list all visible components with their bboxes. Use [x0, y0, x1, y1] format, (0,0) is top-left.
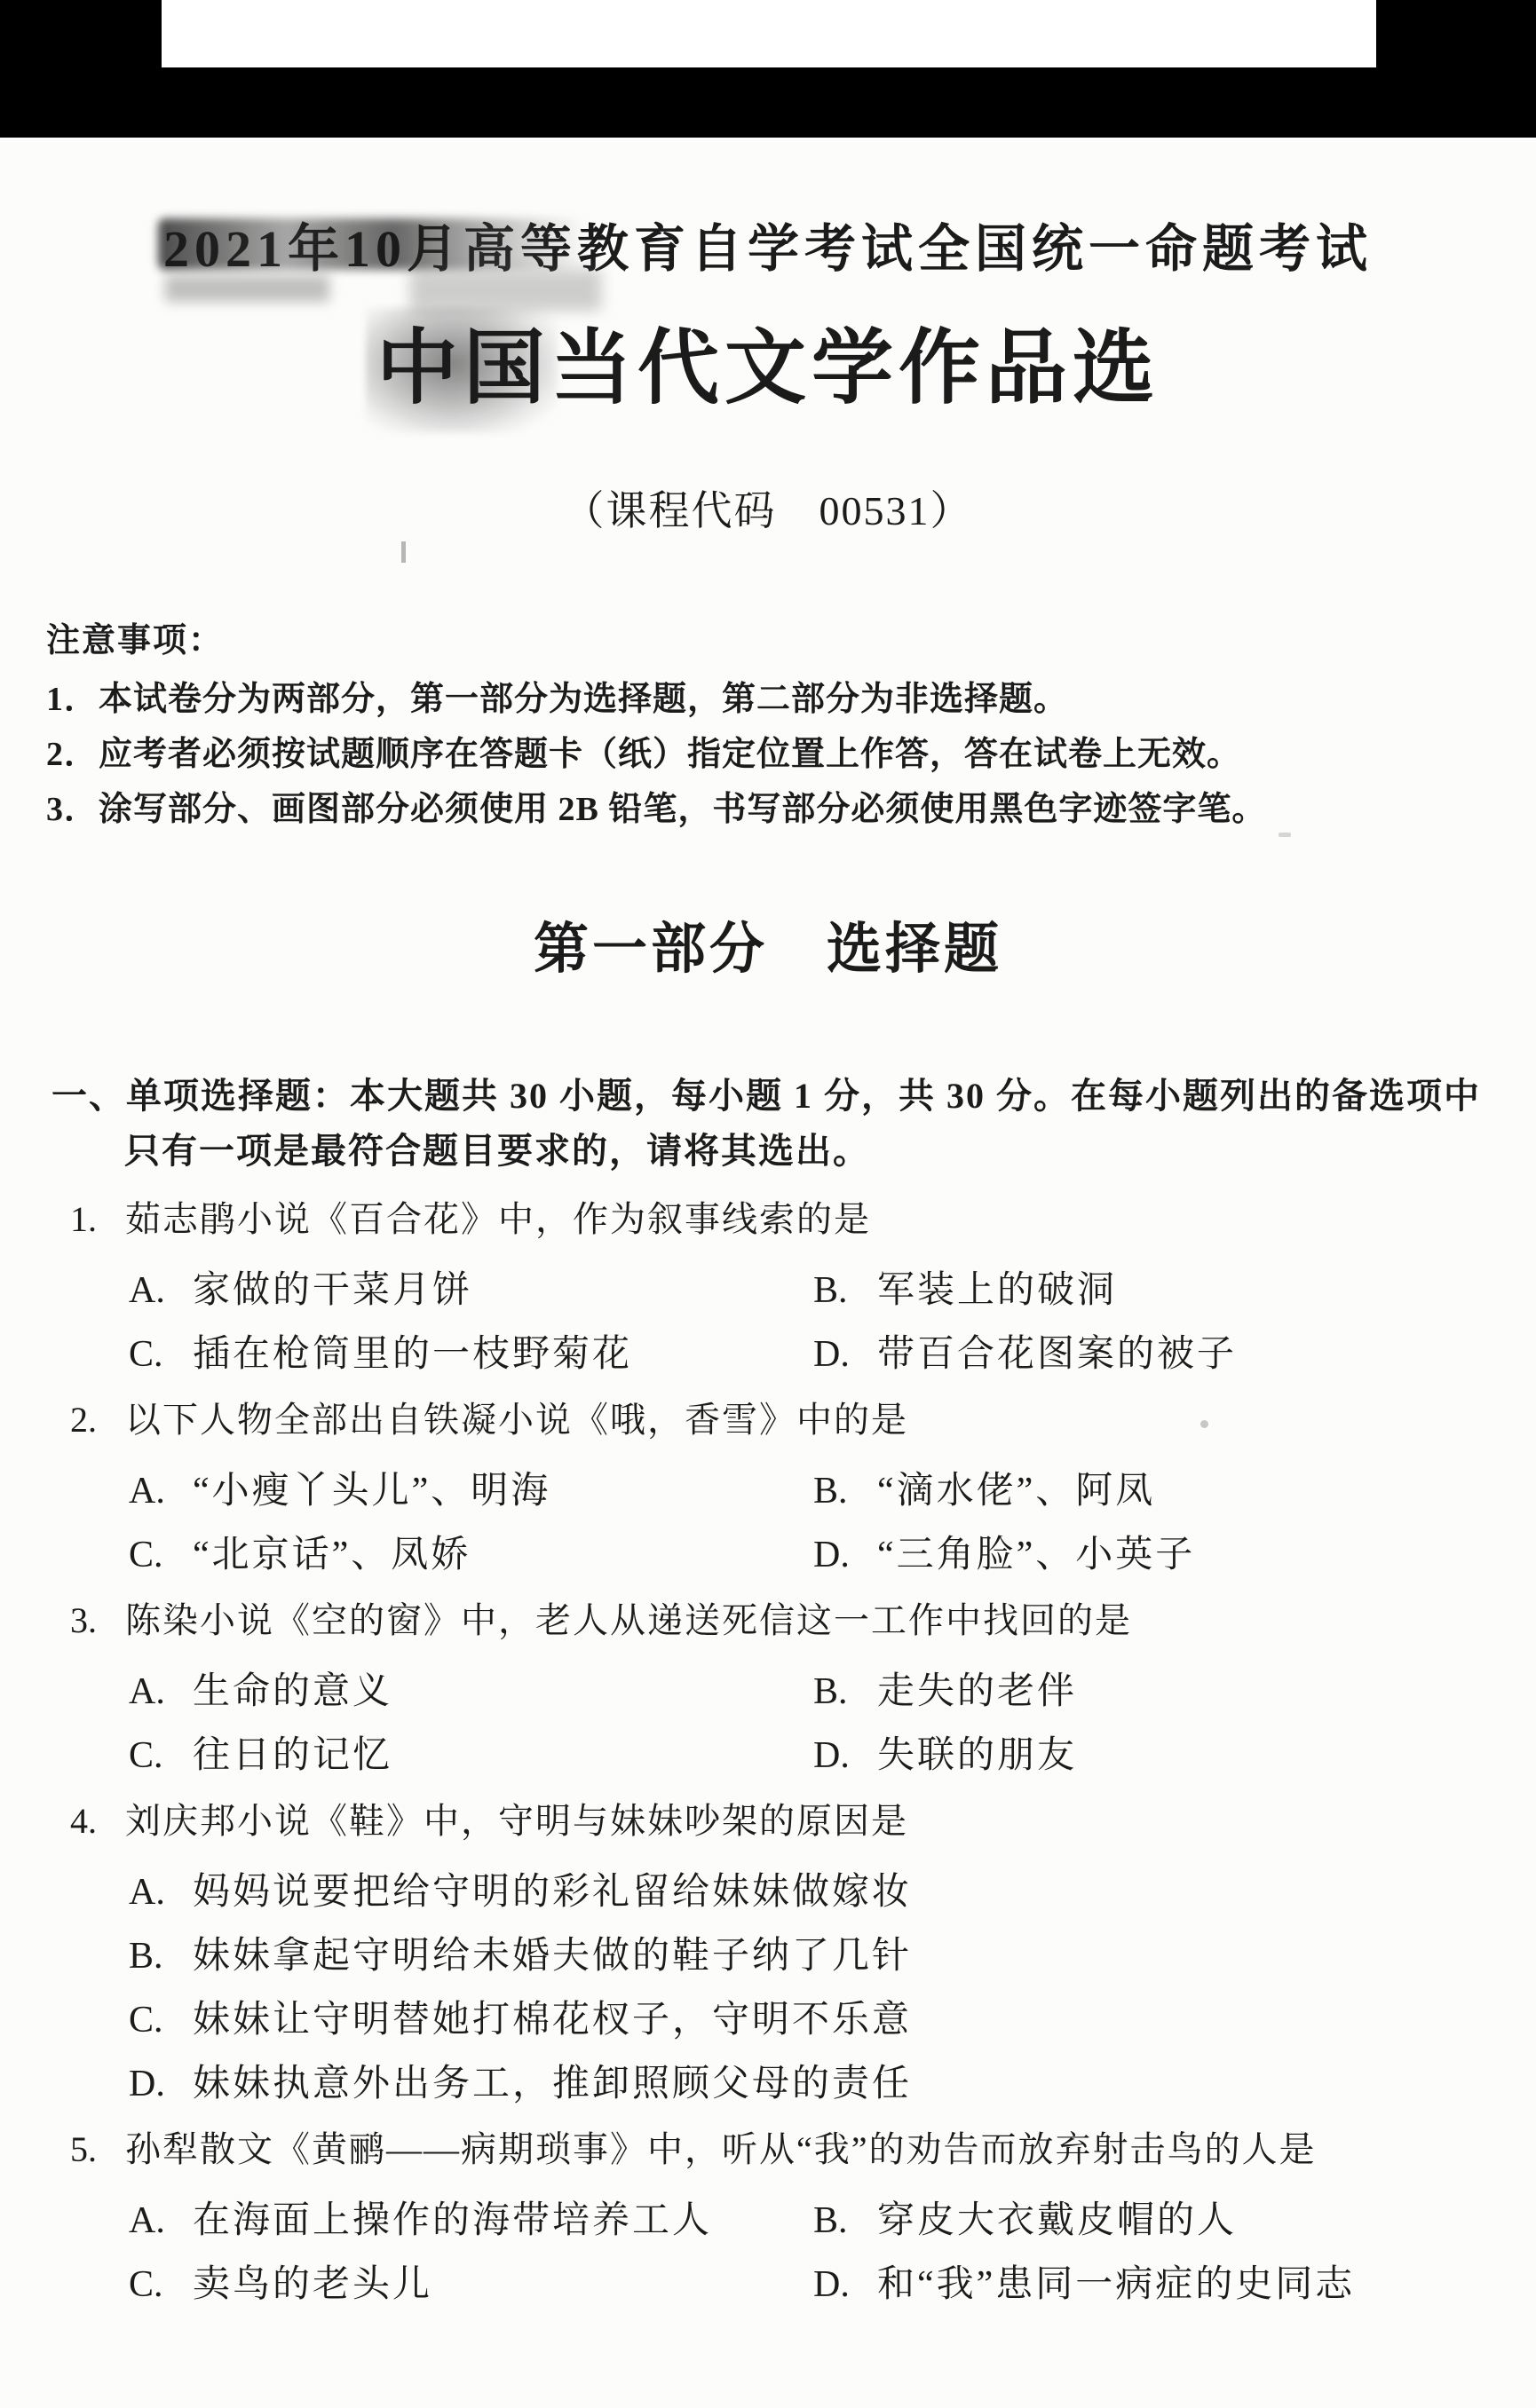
option-label: D.	[813, 1534, 877, 1576]
scan-ghost-mark-left	[165, 275, 329, 302]
option-text: 生命的意义	[193, 1670, 392, 1713]
question-3: 3.陈染小说《空的窗》中，老人从递送死信这一工作中找回的是A.生命的意义B.走失…	[41, 1599, 1536, 1777]
option-A: A.家做的干菜月饼	[129, 1269, 813, 1312]
question-stem: 孙犁散文《黄鹂——病期琐事》中，听从“我”的劝告而放弃射击鸟的人是	[125, 2128, 1317, 2171]
question-5: 5.孙犁散文《黄鹂——病期琐事》中，听从“我”的劝告而放弃射击鸟的人是A.在海面…	[41, 2128, 1536, 2306]
section-intro: 一、单项选择题：本大题共 30 小题，每小题 1 分，共 30 分。在每小题列出…	[51, 1076, 1536, 1172]
section-intro-line1: 一、单项选择题：本大题共 30 小题，每小题 1 分，共 30 分。在每小题列出…	[51, 1076, 1536, 1117]
option-label: B.	[813, 2199, 877, 2242]
option-label: D.	[129, 2063, 193, 2105]
option-text: 妹妹拿起守明给未婚夫做的鞋子纳了几针	[193, 1935, 912, 1978]
option-row: A.妈妈说要把给守明的彩礼留给妹妹做嫁妆	[41, 1871, 1536, 1914]
option-B: B.军装上的破洞	[813, 1269, 1536, 1312]
question-number: 2.	[70, 1399, 125, 1441]
option-row: A.家做的干菜月饼B.军装上的破洞	[41, 1269, 1536, 1312]
option-A: A.妈妈说要把给守明的彩礼留给妹妹做嫁妆	[129, 1871, 1536, 1914]
option-D: D.“三角脸”、小英子	[813, 1534, 1536, 1576]
option-label: A.	[129, 1470, 193, 1512]
option-row: C.妹妹让守明替她打棉花杈子，守明不乐意	[41, 1999, 1536, 2041]
option-text: 家做的干菜月饼	[193, 1269, 472, 1312]
option-text: 往日的记忆	[193, 1734, 392, 1777]
notice-heading: 注意事项：	[46, 621, 1536, 660]
page-title: 中国当代文学作品选	[0, 321, 1536, 415]
option-text: 妈妈说要把给守明的彩礼留给妹妹做嫁妆	[193, 1871, 912, 1914]
exam-paper-page: 2021年10月高等教育自学考试全国统一命题考试 中国当代文学作品选 （课程代码…	[0, 0, 1536, 2408]
question-number: 4.	[70, 1800, 125, 1843]
question-1: 1.茹志鹃小说《百合花》中，作为叙事线索的是A.家做的干菜月饼B.军装上的破洞C…	[41, 1198, 1536, 1376]
option-text: “滴水佬”、阿凤	[877, 1470, 1155, 1512]
option-row: C.往日的记忆D.失联的朋友	[41, 1734, 1536, 1777]
option-row: C.插在枪筒里的一枝野菊花D.带百合花图案的被子	[41, 1333, 1536, 1376]
option-B: B.“滴水佬”、阿凤	[813, 1470, 1536, 1512]
option-text: 妹妹执意外出务工，推卸照顾父母的责任	[193, 2063, 912, 2105]
notice-section: 注意事项： 1．本试卷分为两部分，第一部分为选择题，第二部分为非选择题。2．应考…	[46, 621, 1536, 829]
question-stem-row: 2.以下人物全部出自铁凝小说《哦，香雪》中的是	[41, 1399, 1536, 1441]
scan-artifact-top-band	[0, 0, 1536, 138]
option-label: A.	[129, 1670, 193, 1713]
question-stem: 刘庆邦小说《鞋》中，守明与妹妹吵架的原因是	[125, 1800, 908, 1843]
question-list: 1.茹志鹃小说《百合花》中，作为叙事线索的是A.家做的干菜月饼B.军装上的破洞C…	[41, 1198, 1536, 2306]
option-text: 插在枪筒里的一枝野菊花	[193, 1333, 632, 1376]
question-number: 1.	[70, 1198, 125, 1241]
question-stem: 陈染小说《空的窗》中，老人从递送死信这一工作中找回的是	[125, 1599, 1132, 1642]
option-C: C.插在枪筒里的一枝野菊花	[129, 1333, 813, 1376]
option-label: A.	[129, 1269, 193, 1312]
question-stem-row: 3.陈染小说《空的窗》中，老人从递送死信这一工作中找回的是	[41, 1599, 1536, 1642]
question-number: 5.	[70, 2128, 125, 2171]
option-label: A.	[129, 2199, 193, 2242]
option-row: A.在海面上操作的海带培养工人B.穿皮大衣戴皮帽的人	[41, 2199, 1536, 2242]
option-C: C.妹妹让守明替她打棉花杈子，守明不乐意	[129, 1999, 1536, 2041]
option-text: 卖鸟的老头儿	[193, 2263, 432, 2306]
option-label: C.	[129, 1999, 193, 2041]
option-C: C.往日的记忆	[129, 1734, 813, 1777]
option-A: A.生命的意义	[129, 1670, 813, 1713]
section-intro-line2: 只有一项是最符合题目要求的，请将其选出。	[51, 1131, 1536, 1172]
option-text: 失联的朋友	[877, 1734, 1077, 1777]
option-text: “三角脸”、小英子	[877, 1534, 1195, 1576]
scan-speck	[401, 541, 406, 563]
question-stem-row: 5.孙犁散文《黄鹂——病期琐事》中，听从“我”的劝告而放弃射击鸟的人是	[41, 2128, 1536, 2171]
option-label: D.	[813, 1333, 877, 1376]
option-label: B.	[129, 1935, 193, 1978]
option-row: A.“小瘦丫头儿”、明海B.“滴水佬”、阿凤	[41, 1470, 1536, 1512]
option-C: C.“北京话”、凤娇	[129, 1534, 813, 1576]
option-label: D.	[813, 1734, 877, 1777]
option-row: C.卖鸟的老头儿D.和“我”患同一病症的史同志	[41, 2263, 1536, 2306]
option-text: “北京话”、凤娇	[193, 1534, 471, 1576]
option-D: D.失联的朋友	[813, 1734, 1536, 1777]
option-row: A.生命的意义B.走失的老伴	[41, 1670, 1536, 1713]
option-D: D.带百合花图案的被子	[813, 1333, 1536, 1376]
part1-heading: 第一部分 选择题	[0, 920, 1536, 980]
notice-item-1: 1．本试卷分为两部分，第一部分为选择题，第二部分为非选择题。	[46, 680, 1536, 719]
option-text: 带百合花图案的被子	[877, 1333, 1237, 1376]
option-D: D.妹妹执意外出务工，推卸照顾父母的责任	[129, 2063, 1536, 2105]
option-row: B.妹妹拿起守明给未婚夫做的鞋子纳了几针	[41, 1935, 1536, 1978]
question-stem: 茹志鹃小说《百合花》中，作为叙事线索的是	[125, 1198, 871, 1241]
option-text: 军装上的破洞	[877, 1269, 1117, 1312]
option-text: 在海面上操作的海带培养工人	[193, 2199, 712, 2242]
exam-session-text: 2021年10月高等教育自学考试全国统一命题考试	[163, 220, 1373, 278]
option-B: B.走失的老伴	[813, 1670, 1536, 1713]
course-code: （课程代码 00531）	[0, 488, 1536, 534]
option-text: 穿皮大衣戴皮帽的人	[877, 2199, 1237, 2242]
option-label: B.	[813, 1269, 877, 1312]
option-D: D.和“我”患同一病症的史同志	[813, 2263, 1536, 2306]
title-rest: 当代文学作品选	[550, 323, 1160, 414]
question-stem-row: 1.茹志鹃小说《百合花》中，作为叙事线索的是	[41, 1198, 1536, 1241]
scan-artifact-white-notch	[162, 0, 1376, 67]
option-text: 妹妹让守明替她打棉花杈子，守明不乐意	[193, 1999, 912, 2041]
option-label: C.	[129, 1534, 193, 1576]
question-4: 4.刘庆邦小说《鞋》中，守明与妹妹吵架的原因是A.妈妈说要把给守明的彩礼留给妹妹…	[41, 1800, 1536, 2105]
notice-item-2: 2．应考者必须按试题顺序在答题卡（纸）指定位置上作答，答在试卷上无效。	[46, 735, 1536, 774]
question-2: 2.以下人物全部出自铁凝小说《哦，香雪》中的是A.“小瘦丫头儿”、明海B.“滴水…	[41, 1399, 1536, 1576]
notice-item-3: 3．涂写部分、画图部分必须使用 2B 铅笔，书写部分必须使用黑色字迹签字笔。	[46, 790, 1536, 829]
option-text: 走失的老伴	[877, 1670, 1077, 1713]
option-row: D.妹妹执意外出务工，推卸照顾父母的责任	[41, 2063, 1536, 2105]
option-row: C.“北京话”、凤娇D.“三角脸”、小英子	[41, 1534, 1536, 1576]
option-label: C.	[129, 1734, 193, 1777]
option-label: B.	[813, 1670, 877, 1713]
question-stem-row: 4.刘庆邦小说《鞋》中，守明与妹妹吵架的原因是	[41, 1800, 1536, 1843]
option-label: A.	[129, 1871, 193, 1914]
option-B: B.穿皮大衣戴皮帽的人	[813, 2199, 1536, 2242]
option-label: B.	[813, 1470, 877, 1512]
scan-speck	[1279, 833, 1291, 837]
title-stamped-part: 中国	[376, 321, 550, 415]
question-stem: 以下人物全部出自铁凝小说《哦，香雪》中的是	[125, 1399, 908, 1441]
option-label: C.	[129, 1333, 193, 1376]
notice-list: 1．本试卷分为两部分，第一部分为选择题，第二部分为非选择题。2．应考者必须按试题…	[46, 680, 1536, 829]
exam-session-title: 2021年10月高等教育自学考试全国统一命题考试	[163, 222, 1373, 277]
option-text: “小瘦丫头儿”、明海	[193, 1470, 550, 1512]
option-label: C.	[129, 2263, 193, 2306]
option-label: D.	[813, 2263, 877, 2306]
question-number: 3.	[70, 1599, 125, 1642]
option-B: B.妹妹拿起守明给未婚夫做的鞋子纳了几针	[129, 1935, 1536, 1978]
option-text: 和“我”患同一病症的史同志	[877, 2263, 1355, 2306]
option-A: A.在海面上操作的海带培养工人	[129, 2199, 813, 2242]
option-C: C.卖鸟的老头儿	[129, 2263, 813, 2306]
option-A: A.“小瘦丫头儿”、明海	[129, 1470, 813, 1512]
